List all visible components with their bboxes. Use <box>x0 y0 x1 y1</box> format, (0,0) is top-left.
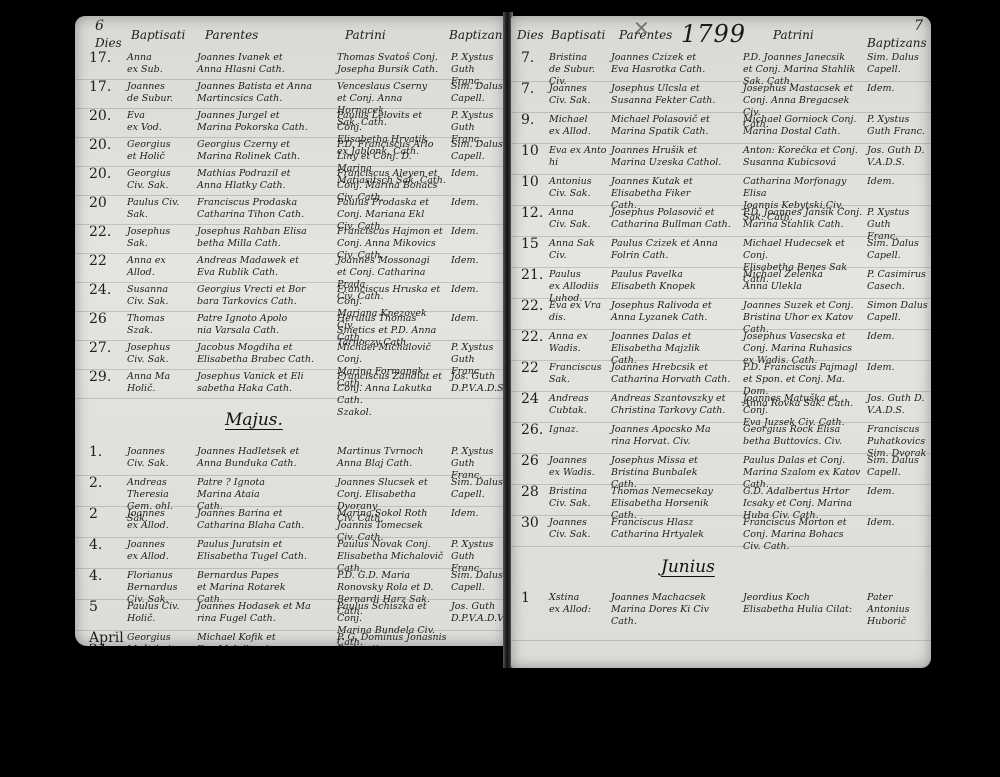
entry-day: 27. <box>89 342 111 354</box>
register-entry: 20.Eva ex Vod.Joannes Jurgel et Marina P… <box>75 108 505 138</box>
register-entry: 5Paulus Civ. Holič.Joannes Hodasek et Ma… <box>75 599 505 631</box>
register-entry: 7.Joannes Civ. Sak.Josephus Ulcsla et Su… <box>511 81 931 113</box>
header-parentes: Parentes <box>205 28 258 42</box>
entry-day: 20. <box>89 139 111 151</box>
entry-patrini: Anton: Korečka et Conj. Susanna Kubicsov… <box>743 145 863 169</box>
column-headers-right: Dies Baptisati Parentes Patrini Baptizan… <box>511 26 931 46</box>
entry-parents: Joannes Hrebcsik et Catharina Horvath Ca… <box>611 362 739 386</box>
register-entry: 22Anna ex Allod.Andreas Madawek et Eva R… <box>75 253 505 283</box>
entry-parents: Josephus Ralivoda et Anna Lyzanek Cath. <box>611 300 739 324</box>
entry-day: 7. <box>521 52 534 64</box>
entry-baptised: Xstina ex Allod: <box>549 592 609 616</box>
entry-baptised: Joannes de Subur. <box>127 81 191 105</box>
register-entry: 4.Florianus Bernardus Civ. Sak.Bernardus… <box>75 568 505 600</box>
register-entry: 15Anna Sak Civ.Paulus Czizek et Anna Fol… <box>511 236 931 268</box>
entry-patrini: P.D. Joannes Janšik Conj. Marina Stahlik… <box>743 207 863 231</box>
entry-baptised: Anna Civ. Sak. <box>549 207 609 231</box>
entry-parents: Joannes Czizek et Eva Hasrotka Cath. <box>611 52 739 76</box>
entry-baptised: Joannes ex Allod. <box>127 508 191 532</box>
entry-baptised: Bristina Civ. Sak. <box>549 486 609 510</box>
register-entry: 10Eva ex Anto hiJoannes Hrušik et Marina… <box>511 143 931 175</box>
entry-parents: Patre Ignoto Apolo nia Varsala Cath. <box>197 313 332 337</box>
entry-day: 20 <box>89 197 107 209</box>
register-entry: 1.Joannes Civ. Sak.Joannes Hadletsek et … <box>75 444 505 476</box>
entry-baptised: Joannes ex Wadis. <box>549 455 609 479</box>
entry-baptizans: Pater Antonius Huborič <box>867 592 929 628</box>
entry-day: 1 <box>521 592 530 604</box>
entry-day: 21. <box>521 269 543 281</box>
entry-baptised: Anna Sak Civ. <box>549 238 609 262</box>
entry-patrini: Michael Gorniock Conj. Marina Dostal Cat… <box>743 114 863 138</box>
register-entry: 22.Josephus Sak.Josephus Rahban Elisa be… <box>75 224 505 254</box>
entry-baptizans: Jos. Guth D.P.V.A.D.S. <box>451 371 503 395</box>
entry-day: 30 <box>521 517 539 529</box>
header-patrini: Patrini <box>345 28 386 42</box>
entry-patrini: P. G. Dominus Jonasnis Radocsijo Delenci… <box>337 632 447 646</box>
entry-day: 1. <box>89 446 102 458</box>
entry-patrini: Martinus Tvrnoch Anna Blaj Cath. <box>337 446 447 470</box>
entry-baptizans: Sim. Dalus Capell. <box>451 139 503 163</box>
entry-parents: Andreas Madawek et Eva Rublik Cath. <box>197 255 332 279</box>
register-entry: 9.Michael ex Allod.Michael Polasovič et … <box>511 112 931 144</box>
register-entry: 26Thomas Szak.Patre Ignoto Apolo nia Var… <box>75 311 505 341</box>
entry-parents: Georgius Czerny et Marina Rolinek Cath. <box>197 139 332 163</box>
entry-day: 22. <box>521 331 543 343</box>
entry-baptizans: Idem. <box>867 517 929 529</box>
entry-parents: Joannes Ivanek et Anna Hlasni Cath. <box>197 52 332 76</box>
entry-baptizans: Jos. Guth D.P.V.A.D.V. <box>451 601 503 625</box>
entry-day: 4. <box>89 539 102 551</box>
entry-baptizans: Idem. <box>451 284 503 296</box>
register-entry: 2Joannes ex Allod.Joannes Barina et Cath… <box>75 506 505 538</box>
entry-parents: Joannes Machacsek Marina Dores Ki Civ Ca… <box>611 592 739 628</box>
entry-baptised: Paulus Civ. Sak. <box>127 197 191 221</box>
entry-parents: Josephus Polasovič et Catharina Bullman … <box>611 207 739 231</box>
entry-baptizans: Jos. Guth D. V.A.D.S. <box>867 393 929 417</box>
entry-day: 29. <box>89 371 111 383</box>
entry-baptised: Andreas Cubtak. <box>549 393 609 417</box>
entry-baptizans: Sim. Dalus Capell. <box>451 477 503 501</box>
entry-day: 9. <box>521 114 534 126</box>
entry-baptised: Eva ex Anto hi <box>549 145 609 169</box>
register-entry: 30Joannes Civ. Sak.Franciscus Hlasz Cath… <box>511 515 931 547</box>
entry-day: 20. <box>89 168 111 180</box>
entry-day: 20. <box>89 110 111 122</box>
entry-baptised: Thomas Szak. <box>127 313 191 337</box>
entry-day: 26. <box>521 424 543 436</box>
entry-baptised: Eva ex Vod. <box>127 110 191 134</box>
entry-baptised: Paulus Civ. Holič. <box>127 601 191 625</box>
entry-day: 22 <box>521 362 539 374</box>
register-entry: 22Franciscus Sak.Joannes Hrebcsik et Cat… <box>511 360 931 392</box>
entry-baptizans: P. Casimirus Casech. <box>867 269 929 293</box>
entry-baptised: Anna Ma Holič. <box>127 371 191 395</box>
entry-day: 7. <box>521 83 534 95</box>
register-entry: 24Andreas Cubtak.Andreas Szantovszky et … <box>511 391 931 423</box>
entry-day: 12. <box>521 207 543 219</box>
entry-baptised: Susanna Civ. Sak. <box>127 284 191 308</box>
register-entry: April 24Georgius MoštrbajMichael Kofik e… <box>75 630 505 646</box>
entry-baptizans: Sim. Dalus Capell. <box>867 238 929 262</box>
register-entry: 2.Andreas Theresia Gem. ohl. Sak.Patre ?… <box>75 475 505 507</box>
entry-patrini: Thomas Svatoš Conj. Josepha Bursik Cath. <box>337 52 447 76</box>
entry-parents: Josephus Ulcsla et Susanna Fekter Cath. <box>611 83 739 107</box>
entry-parents: Josephus Rahban Elisa betha Milla Cath. <box>197 226 332 250</box>
entry-parents: Franciscus Hlasz Catharina Hrtyalek <box>611 517 739 541</box>
entry-baptised: Antonius Civ. Sak. <box>549 176 609 200</box>
register-entry: 1Xstina ex Allod:Joannes Machacsek Marin… <box>511 590 931 641</box>
month-heading: Majus. <box>225 410 283 430</box>
entry-parents: Joannes Hrušik et Marina Uzeska Cathol. <box>611 145 739 169</box>
register-entry: 20.Georgius Civ. Sak.Mathias Podrazil et… <box>75 166 505 196</box>
entry-parents: Joannes Hadletsek et Anna Bunduka Cath. <box>197 446 332 470</box>
entry-baptised: Anna ex Allod. <box>127 255 191 279</box>
left-page: 6 Dies Baptisati Parentes Patrini Baptiz… <box>75 16 505 646</box>
entry-parents: Joannes Batista et Anna Martincsics Cath… <box>197 81 332 105</box>
entry-parents: Joannes Jurgel et Marina Pokorska Cath. <box>197 110 332 134</box>
entry-baptizans: Idem. <box>867 331 929 343</box>
entry-parents: Paulus Juratsin et Elisabetha Tugel Cath… <box>197 539 332 563</box>
register-entry: 22.Anna ex Wadis.Joannes Dalas et Elisab… <box>511 329 931 361</box>
entry-baptised: Ignaz. <box>549 424 609 436</box>
entry-day: 28 <box>521 486 539 498</box>
entry-patrini: Georgius Rock Elisa betha Buttovics. Civ… <box>743 424 863 448</box>
entry-baptizans: Sim. Dalus Capell. <box>451 81 503 105</box>
entry-parents: Franciscus Prodaska Catharina Tihon Cath… <box>197 197 332 221</box>
entry-baptised: Georgius et Holič <box>127 139 191 163</box>
entry-parents: Jacobus Mogdiha et Elisabetha Brabec Cat… <box>197 342 332 366</box>
header-baptisati: Baptisati <box>551 28 605 42</box>
entry-patrini: Franciscus Morton et Conj. Marina Bohacs… <box>743 517 863 553</box>
header-baptisati: Baptisati <box>131 28 185 42</box>
entry-baptizans: Idem. <box>867 362 929 374</box>
entry-day: April 24 <box>89 632 124 646</box>
entry-baptised: Michael ex Allod. <box>549 114 609 138</box>
header-dies: Dies <box>517 28 544 42</box>
entry-baptizans: Sim. Dalus Capell. <box>867 52 929 76</box>
header-parentes: Parentes <box>619 28 672 42</box>
entry-baptizans: Simon Dalus Capell. <box>867 300 929 324</box>
entry-baptised: Joannes Civ. Sak. <box>549 517 609 541</box>
entry-baptizans: Idem. <box>451 197 503 209</box>
register-entry: 28Bristina Civ. Sak.Thomas Nemecsekay El… <box>511 484 931 516</box>
entry-parents: Georgius Vrecti et Bor bara Tarkovics Ca… <box>197 284 332 308</box>
entry-day: 22. <box>521 300 543 312</box>
entry-day: 10 <box>521 176 539 188</box>
entry-baptised: Anna ex Wadis. <box>549 331 609 355</box>
entry-baptised: Georgius Moštrbaj <box>127 632 191 646</box>
register-entry: 7.Bristina de Subur. Civ.Joannes Czizek … <box>511 50 931 82</box>
entry-baptised: Eva ex Vra dis. <box>549 300 609 324</box>
register-entry: 21.Paulus ex Allodiis Luhod.Paulus Pavel… <box>511 267 931 299</box>
header-baptizans: Baptizans <box>449 28 505 42</box>
month-heading: Junius <box>661 557 715 577</box>
entry-baptised: Anna ex Sub. <box>127 52 191 76</box>
entry-baptizans: Idem. <box>451 168 503 180</box>
entry-parents: Michael Kofik et Eva Molnikowicz <box>197 632 332 646</box>
register-entry: 29.Anna Ma Holič.Josephus Vanick et Eli … <box>75 369 505 399</box>
entry-day: 24 <box>521 393 539 405</box>
register-entry: 17.Joannes de Subur.Joannes Batista et A… <box>75 79 505 109</box>
entry-baptised: Georgius Civ. Sak. <box>127 168 191 192</box>
entry-baptised: Joannes Civ. Sak. <box>127 446 191 470</box>
entry-baptizans: Idem. <box>451 226 503 238</box>
entry-baptised: Josephus Civ. Sak. <box>127 342 191 366</box>
entry-parents: Paulus Pavelka Elisabeth Knopek <box>611 269 739 293</box>
entry-day: 5 <box>89 601 98 613</box>
register-entry: 24.Susanna Civ. Sak.Georgius Vrecti et B… <box>75 282 505 312</box>
entry-baptised: Franciscus Sak. <box>549 362 609 386</box>
entry-baptizans: Idem. <box>451 255 503 267</box>
entry-day: 2 <box>89 508 98 520</box>
entry-baptizans: Idem. <box>451 508 503 520</box>
entry-baptizans: Sim. Dalus Capell. <box>451 570 503 594</box>
entry-baptizans: Idem. <box>867 486 929 498</box>
entry-day: 17. <box>89 81 111 93</box>
register-entry: 20.Georgius et HoličGeorgius Czerny et M… <box>75 137 505 167</box>
register-entry: 4.Joannes ex Allod.Paulus Juratsin et El… <box>75 537 505 569</box>
entry-baptised: Josephus Sak. <box>127 226 191 250</box>
entry-day: 22 <box>89 255 107 267</box>
entry-day: 26 <box>521 455 539 467</box>
entry-day: 4. <box>89 570 102 582</box>
entry-day: 15 <box>521 238 539 250</box>
register-entry: 10Antonius Civ. Sak.Joannes Kutak et Eli… <box>511 174 931 206</box>
register-entry: 20Paulus Civ. Sak.Franciscus Prodaska Ca… <box>75 195 505 225</box>
right-page: 7 ✕ 1799 Dies Baptisati Parentes Patrini… <box>511 16 931 668</box>
entry-day: 2. <box>89 477 102 489</box>
entry-patrini: Michael Zelenka Anna Ulekla <box>743 269 863 293</box>
entry-baptizans: P. Xystus Guth Franc. <box>867 114 929 138</box>
entry-parents: Joannes Barina et Catharina Blaha Cath. <box>197 508 332 532</box>
header-baptizans: Baptizans <box>867 36 927 50</box>
entry-day: 17. <box>89 52 111 64</box>
entry-parents: Joannes Hodasek et Ma rina Fugel Cath. <box>197 601 332 625</box>
entry-parents: Mathias Podrazil et Anna Hlatky Cath. <box>197 168 332 192</box>
register-entry: 22.Eva ex Vra dis.Josephus Ralivoda et A… <box>511 298 931 330</box>
entry-day: 26 <box>89 313 107 325</box>
entry-parents: Michael Polasovič et Marina Spatik Cath. <box>611 114 739 138</box>
register-entry: 17.Anna ex Sub.Joannes Ivanek et Anna Hl… <box>75 50 505 80</box>
register-entry: 26.Ignaz.Joannes Apocsko Ma rina Horvat.… <box>511 422 931 454</box>
register-entry: 26Joannes ex Wadis.Josephus Missa et Bri… <box>511 453 931 485</box>
entry-patrini: Franciscus Zandiat et Conj. Anna Lakutka… <box>337 371 447 419</box>
header-patrini: Patrini <box>773 28 814 42</box>
entry-baptizans: Sim. Dalus Capell. <box>867 455 929 479</box>
entry-baptizans: Idem. <box>451 313 503 325</box>
book-spread: 6 Dies Baptisati Parentes Patrini Baptiz… <box>75 12 933 652</box>
register-entry: 12.Anna Civ. Sak.Josephus Polasovič et C… <box>511 205 931 237</box>
entry-baptizans: Idem. <box>867 176 929 188</box>
entry-baptizans: Idem. <box>867 83 929 95</box>
register-entry: 27.Josephus Civ. Sak.Jacobus Mogdiha et … <box>75 340 505 370</box>
entry-parents: Paulus Czizek et Anna Folrin Cath. <box>611 238 739 262</box>
entry-baptised: Joannes Civ. Sak. <box>549 83 609 107</box>
header-dies: Dies <box>95 36 122 50</box>
column-headers-left: Dies Baptisati Parentes Patrini Baptizan… <box>75 26 505 46</box>
entry-parents: Joannes Apocsko Ma rina Horvat. Civ. <box>611 424 739 448</box>
entry-patrini: Jeordius Koch Elisabetha Hulia Cilat: <box>743 592 863 616</box>
entry-baptised: Joannes ex Allod. <box>127 539 191 563</box>
entry-day: 24. <box>89 284 111 296</box>
entry-parents: Andreas Szantovszky et Christina Tarkovy… <box>611 393 739 417</box>
entry-day: 22. <box>89 226 111 238</box>
entry-baptizans: Jos. Guth D. V.A.D.S. <box>867 145 929 169</box>
entry-day: 10 <box>521 145 539 157</box>
entry-parents: Josephus Vanick et Eli sabetha Haka Cath… <box>197 371 332 395</box>
